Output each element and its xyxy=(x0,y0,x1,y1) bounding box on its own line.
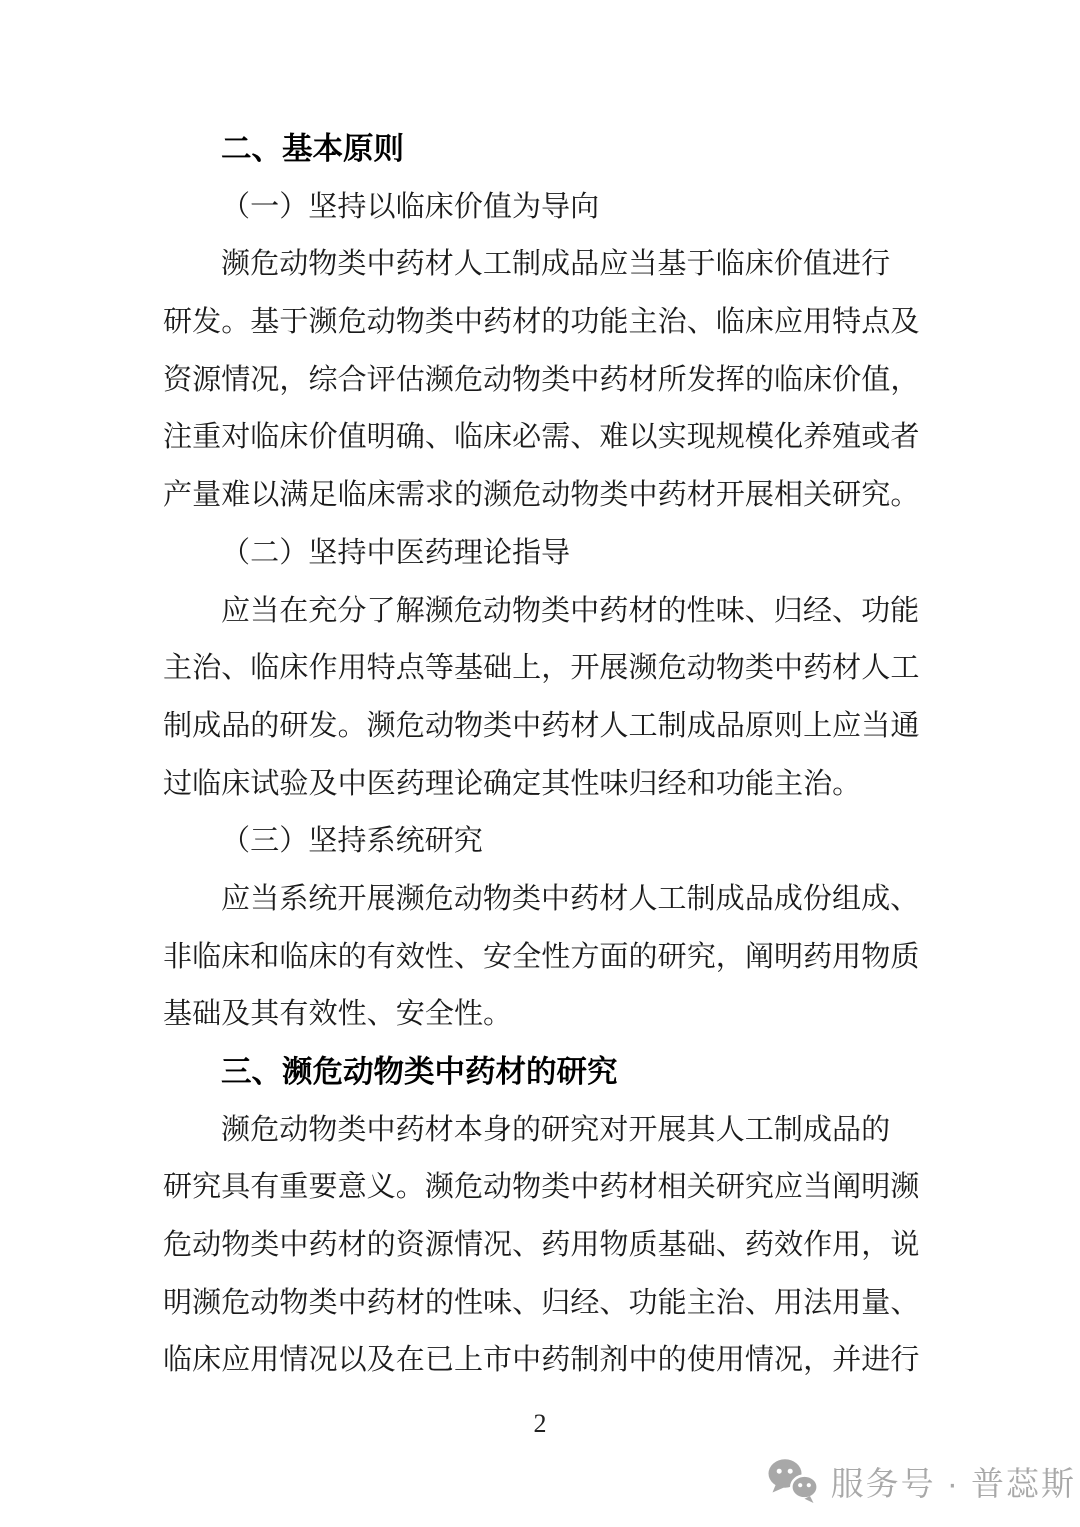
section-heading: 三、濒危动物类中药材的研究 xyxy=(163,1044,923,1102)
body-line: 濒危动物类中药材人工制成品应当基于临床价值进行 xyxy=(163,236,923,294)
document-page: 二、基本原则（一）坚持以临床价值为导向濒危动物类中药材人工制成品应当基于临床价值… xyxy=(0,0,1080,1527)
wechat-account-label: 服务号 · 普蕊斯 xyxy=(831,1458,1076,1505)
subsection-heading: （三）坚持系统研究 xyxy=(163,813,923,871)
subsection-heading: （二）坚持中医药理论指导 xyxy=(163,525,923,583)
body-line: 临床应用情况以及在已上市中药制剂中的使用情况，并进行 xyxy=(163,1332,923,1390)
document-body: 二、基本原则（一）坚持以临床价值为导向濒危动物类中药材人工制成品应当基于临床价值… xyxy=(163,121,923,1390)
wechat-icon xyxy=(767,1458,821,1505)
body-line: 制成品的研发。濒危动物类中药材人工制成品原则上应当通 xyxy=(163,698,923,756)
body-line: 濒危动物类中药材本身的研究对开展其人工制成品的 xyxy=(163,1102,923,1160)
section-heading: 二、基本原则 xyxy=(163,121,923,179)
body-line: 应当在充分了解濒危动物类中药材的性味、归经、功能 xyxy=(163,583,923,641)
body-line: 明濒危动物类中药材的性味、归经、功能主治、用法用量、 xyxy=(163,1275,923,1333)
body-line: 产量难以满足临床需求的濒危动物类中药材开展相关研究。 xyxy=(163,467,923,525)
body-line: 基础及其有效性、安全性。 xyxy=(163,986,923,1044)
body-line: 研究具有重要意义。濒危动物类中药材相关研究应当阐明濒 xyxy=(163,1159,923,1217)
body-line: 资源情况，综合评估濒危动物类中药材所发挥的临床价值， xyxy=(163,352,923,410)
body-line: 非临床和临床的有效性、安全性方面的研究，阐明药用物质 xyxy=(163,929,923,987)
body-line: 主治、临床作用特点等基础上，开展濒危动物类中药材人工 xyxy=(163,640,923,698)
body-line: 过临床试验及中医药理论确定其性味归经和功能主治。 xyxy=(163,756,923,814)
page-number: 2 xyxy=(0,1404,1080,1444)
wechat-watermark: 服务号 · 普蕊斯 xyxy=(767,1458,1076,1505)
body-line: 危动物类中药材的资源情况、药用物质基础、药效作用，说 xyxy=(163,1217,923,1275)
body-line: 注重对临床价值明确、临床必需、难以实现规模化养殖或者 xyxy=(163,409,923,467)
subsection-heading: （一）坚持以临床价值为导向 xyxy=(163,179,923,237)
body-line: 研发。基于濒危动物类中药材的功能主治、临床应用特点及 xyxy=(163,294,923,352)
body-line: 应当系统开展濒危动物类中药材人工制成品成份组成、 xyxy=(163,871,923,929)
